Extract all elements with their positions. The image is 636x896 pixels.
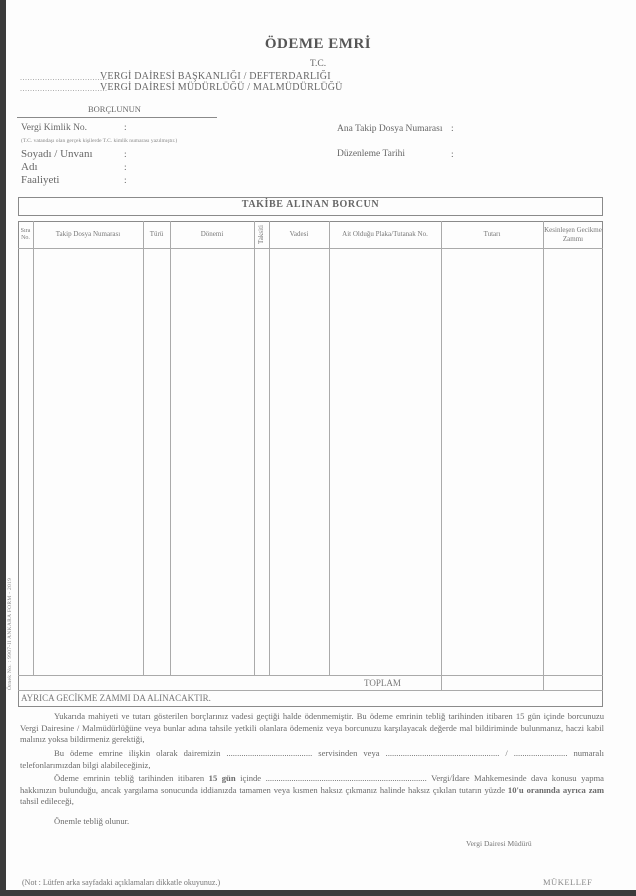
column-divider xyxy=(441,221,442,690)
office-line-1: VERGİ DAİRESİ BAŞKANLIĞI / DEFTERDARLIĞI xyxy=(100,71,331,82)
surname-label: Soyadı / Unvanı xyxy=(21,148,93,160)
page-title: ÖDEME EMRİ xyxy=(0,36,636,53)
column-header: Vadesi xyxy=(269,221,329,248)
late-fee-note: AYRICA GECİKME ZAMMI DA ALINACAKTIR. xyxy=(21,693,211,703)
column-divider xyxy=(170,221,171,675)
name-label: Adı xyxy=(21,161,38,173)
column-header: Tutarı xyxy=(441,221,543,248)
column-divider xyxy=(143,221,144,675)
form-number-side-text: Örnek No. : 9907-II ANKARA FORM - 2019 xyxy=(7,578,13,690)
p3-bold-rate: 10'u oranında ayrıca zam xyxy=(508,785,604,795)
office-line-2: VERGİ DAİRESİ MÜDÜRLÜĞÜ / MALMÜDÜRLÜĞÜ xyxy=(100,82,343,93)
column-divider xyxy=(269,221,270,675)
office-dots-1: ................................... xyxy=(20,73,108,82)
paragraph-lawsuit-rights: Ödeme emrinin tebliğ tarihinden itibaren… xyxy=(20,773,604,808)
issue-date-colon: : xyxy=(451,150,454,160)
footer-note: (Not : Lütfen arka sayfadaki açıklamalar… xyxy=(22,878,220,887)
total-divider xyxy=(18,675,603,676)
column-header: Türü xyxy=(143,221,170,248)
surname-colon: : xyxy=(124,150,127,160)
column-divider xyxy=(543,221,544,690)
copy-label: MÜKELLEF xyxy=(543,877,592,887)
p3-text-e: tahsil edileceği, xyxy=(20,796,74,806)
column-divider xyxy=(33,221,34,675)
column-header: Kesinleşen Gecikme Zammı xyxy=(543,221,603,248)
name-colon: : xyxy=(124,163,127,173)
column-header: Ait Olduğu Plaka/Tutanak No. xyxy=(329,221,441,248)
main-file-colon: : xyxy=(451,124,454,134)
tax-id-colon: : xyxy=(124,123,127,133)
column-divider xyxy=(254,221,255,675)
tax-id-label: Vergi Kimlik No. xyxy=(21,123,87,133)
office-dots-2: ................................... xyxy=(20,84,108,93)
paragraph-contact-info: Bu ödeme emrine ilişkin olarak dairemizi… xyxy=(20,748,604,771)
column-header: Takip Dosya Numarası xyxy=(33,221,143,248)
p3-bold-days: 15 gün xyxy=(209,773,236,783)
paragraph-payment-notice: Yukarıda mahiyeti ve tutarı gösterilen b… xyxy=(20,711,604,746)
debt-table xyxy=(18,221,603,707)
p3-text-a: Ödeme emrinin tebliğ tarihinden itibaren xyxy=(54,773,209,783)
issue-date-label: Düzenleme Tarihi xyxy=(337,149,405,159)
note-divider xyxy=(18,690,603,691)
activity-colon: : xyxy=(124,176,127,186)
closing-line: Önemle tebliğ olunur. xyxy=(54,816,129,828)
total-label: TOPLAM xyxy=(364,678,401,688)
main-file-label: Ana Takip Dosya Numarası xyxy=(337,124,442,134)
header-divider xyxy=(18,248,603,249)
tc-label: T.C. xyxy=(0,59,636,69)
debtor-heading: BORÇLUNUN xyxy=(88,104,141,114)
tax-id-note: (T.C. vatandaşı olan gerçek kişilerde T.… xyxy=(21,138,177,144)
column-header: Sıra No. xyxy=(18,221,33,248)
column-header: Dönemi xyxy=(170,221,254,248)
column-divider xyxy=(329,221,330,675)
activity-label: Faaliyeti xyxy=(21,174,60,186)
table-title: TAKİBE ALINAN BORCUN xyxy=(18,199,603,210)
signature-label: Vergi Dairesi Müdürü xyxy=(466,839,532,848)
debtor-divider xyxy=(17,117,217,118)
column-header: Taksiti xyxy=(254,221,269,248)
